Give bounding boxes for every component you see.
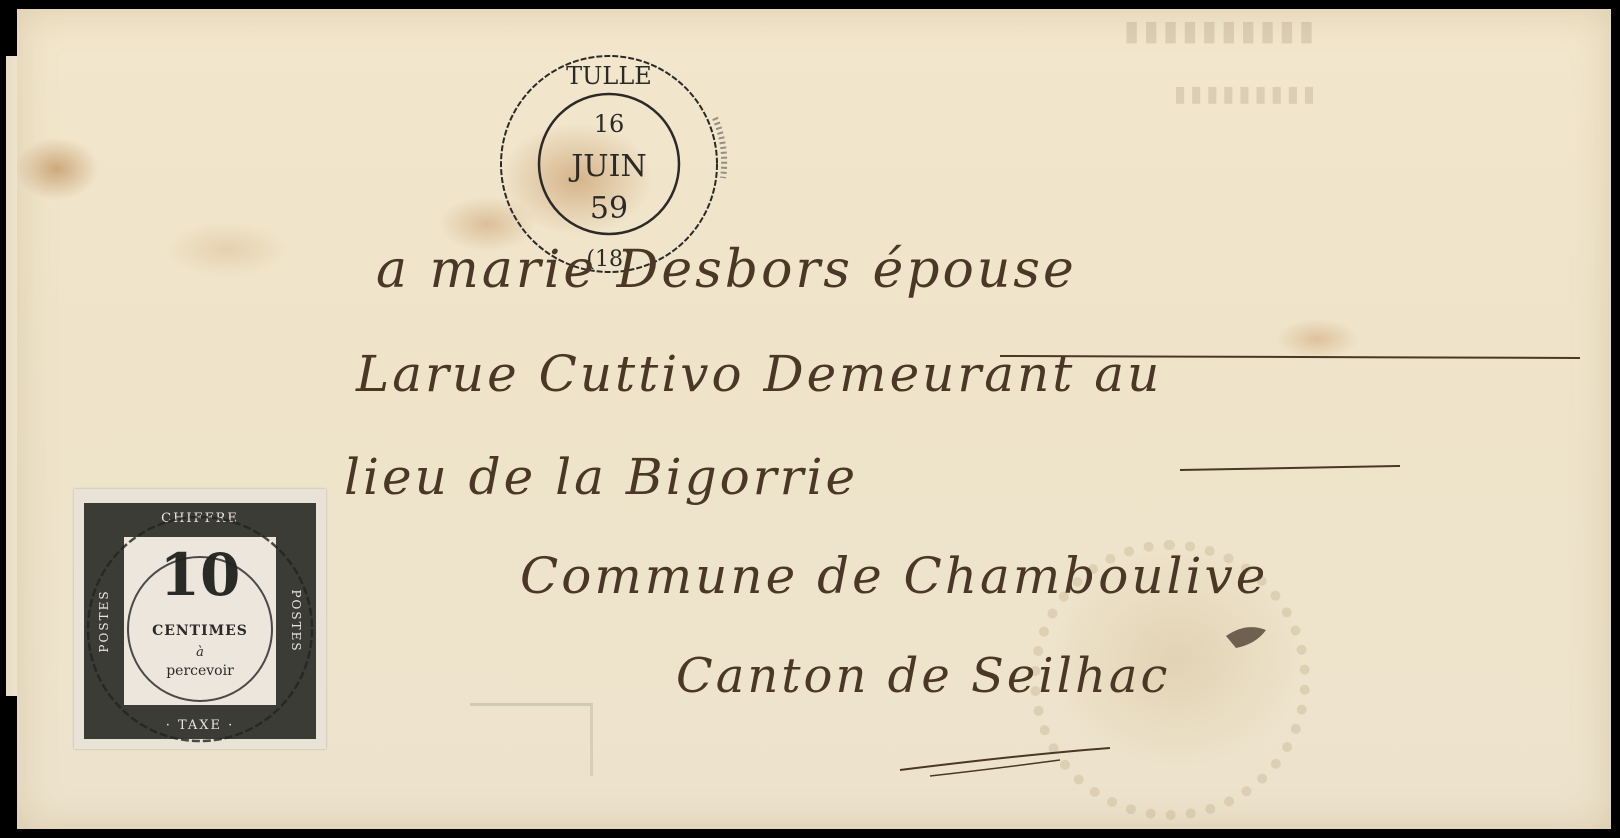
stamp-frame: CHIFFRE POSTES POSTES 10 CENTIMES à perc… xyxy=(84,503,316,739)
stamp-value: 10 xyxy=(124,541,276,609)
stamp-top-label: CHIFFRE xyxy=(84,511,316,526)
address-line-2: Larue Cuttivo Demeurant au xyxy=(356,345,1162,403)
stamp-unit: CENTIMES xyxy=(124,623,276,639)
postmark-town: TULLE xyxy=(566,62,652,90)
address-line-1: a marie Desbors épouse xyxy=(376,240,1077,300)
address-line-3: lieu de la Bigorrie xyxy=(344,448,858,506)
stamp-right-label: POSTES xyxy=(289,589,303,652)
postmark-year: 59 xyxy=(590,191,628,226)
stamp-connector: à xyxy=(124,645,276,660)
postmark-month: JUIN xyxy=(568,149,646,184)
stamp-bottom-label: · TAXE · xyxy=(84,718,316,733)
show-through-text: ▮▮▮▮▮▮▮▮▮▮ xyxy=(1120,14,1314,47)
address-line-4: Commune de Chamboulive xyxy=(520,547,1268,605)
faint-box-mark xyxy=(470,703,593,776)
stamp-action: percevoir xyxy=(124,663,276,679)
stamp-left-label: POSTES xyxy=(97,589,111,652)
address-line-5: Canton de Seilhac xyxy=(676,648,1170,704)
show-through-text: ▮▮▮▮▮▮▮▮▮ xyxy=(1170,82,1315,107)
postage-due-stamp: CHIFFRE POSTES POSTES 10 CENTIMES à perc… xyxy=(74,489,326,749)
stamp-center: 10 CENTIMES à percevoir xyxy=(124,537,276,705)
postmark-day: 16 xyxy=(594,110,625,138)
